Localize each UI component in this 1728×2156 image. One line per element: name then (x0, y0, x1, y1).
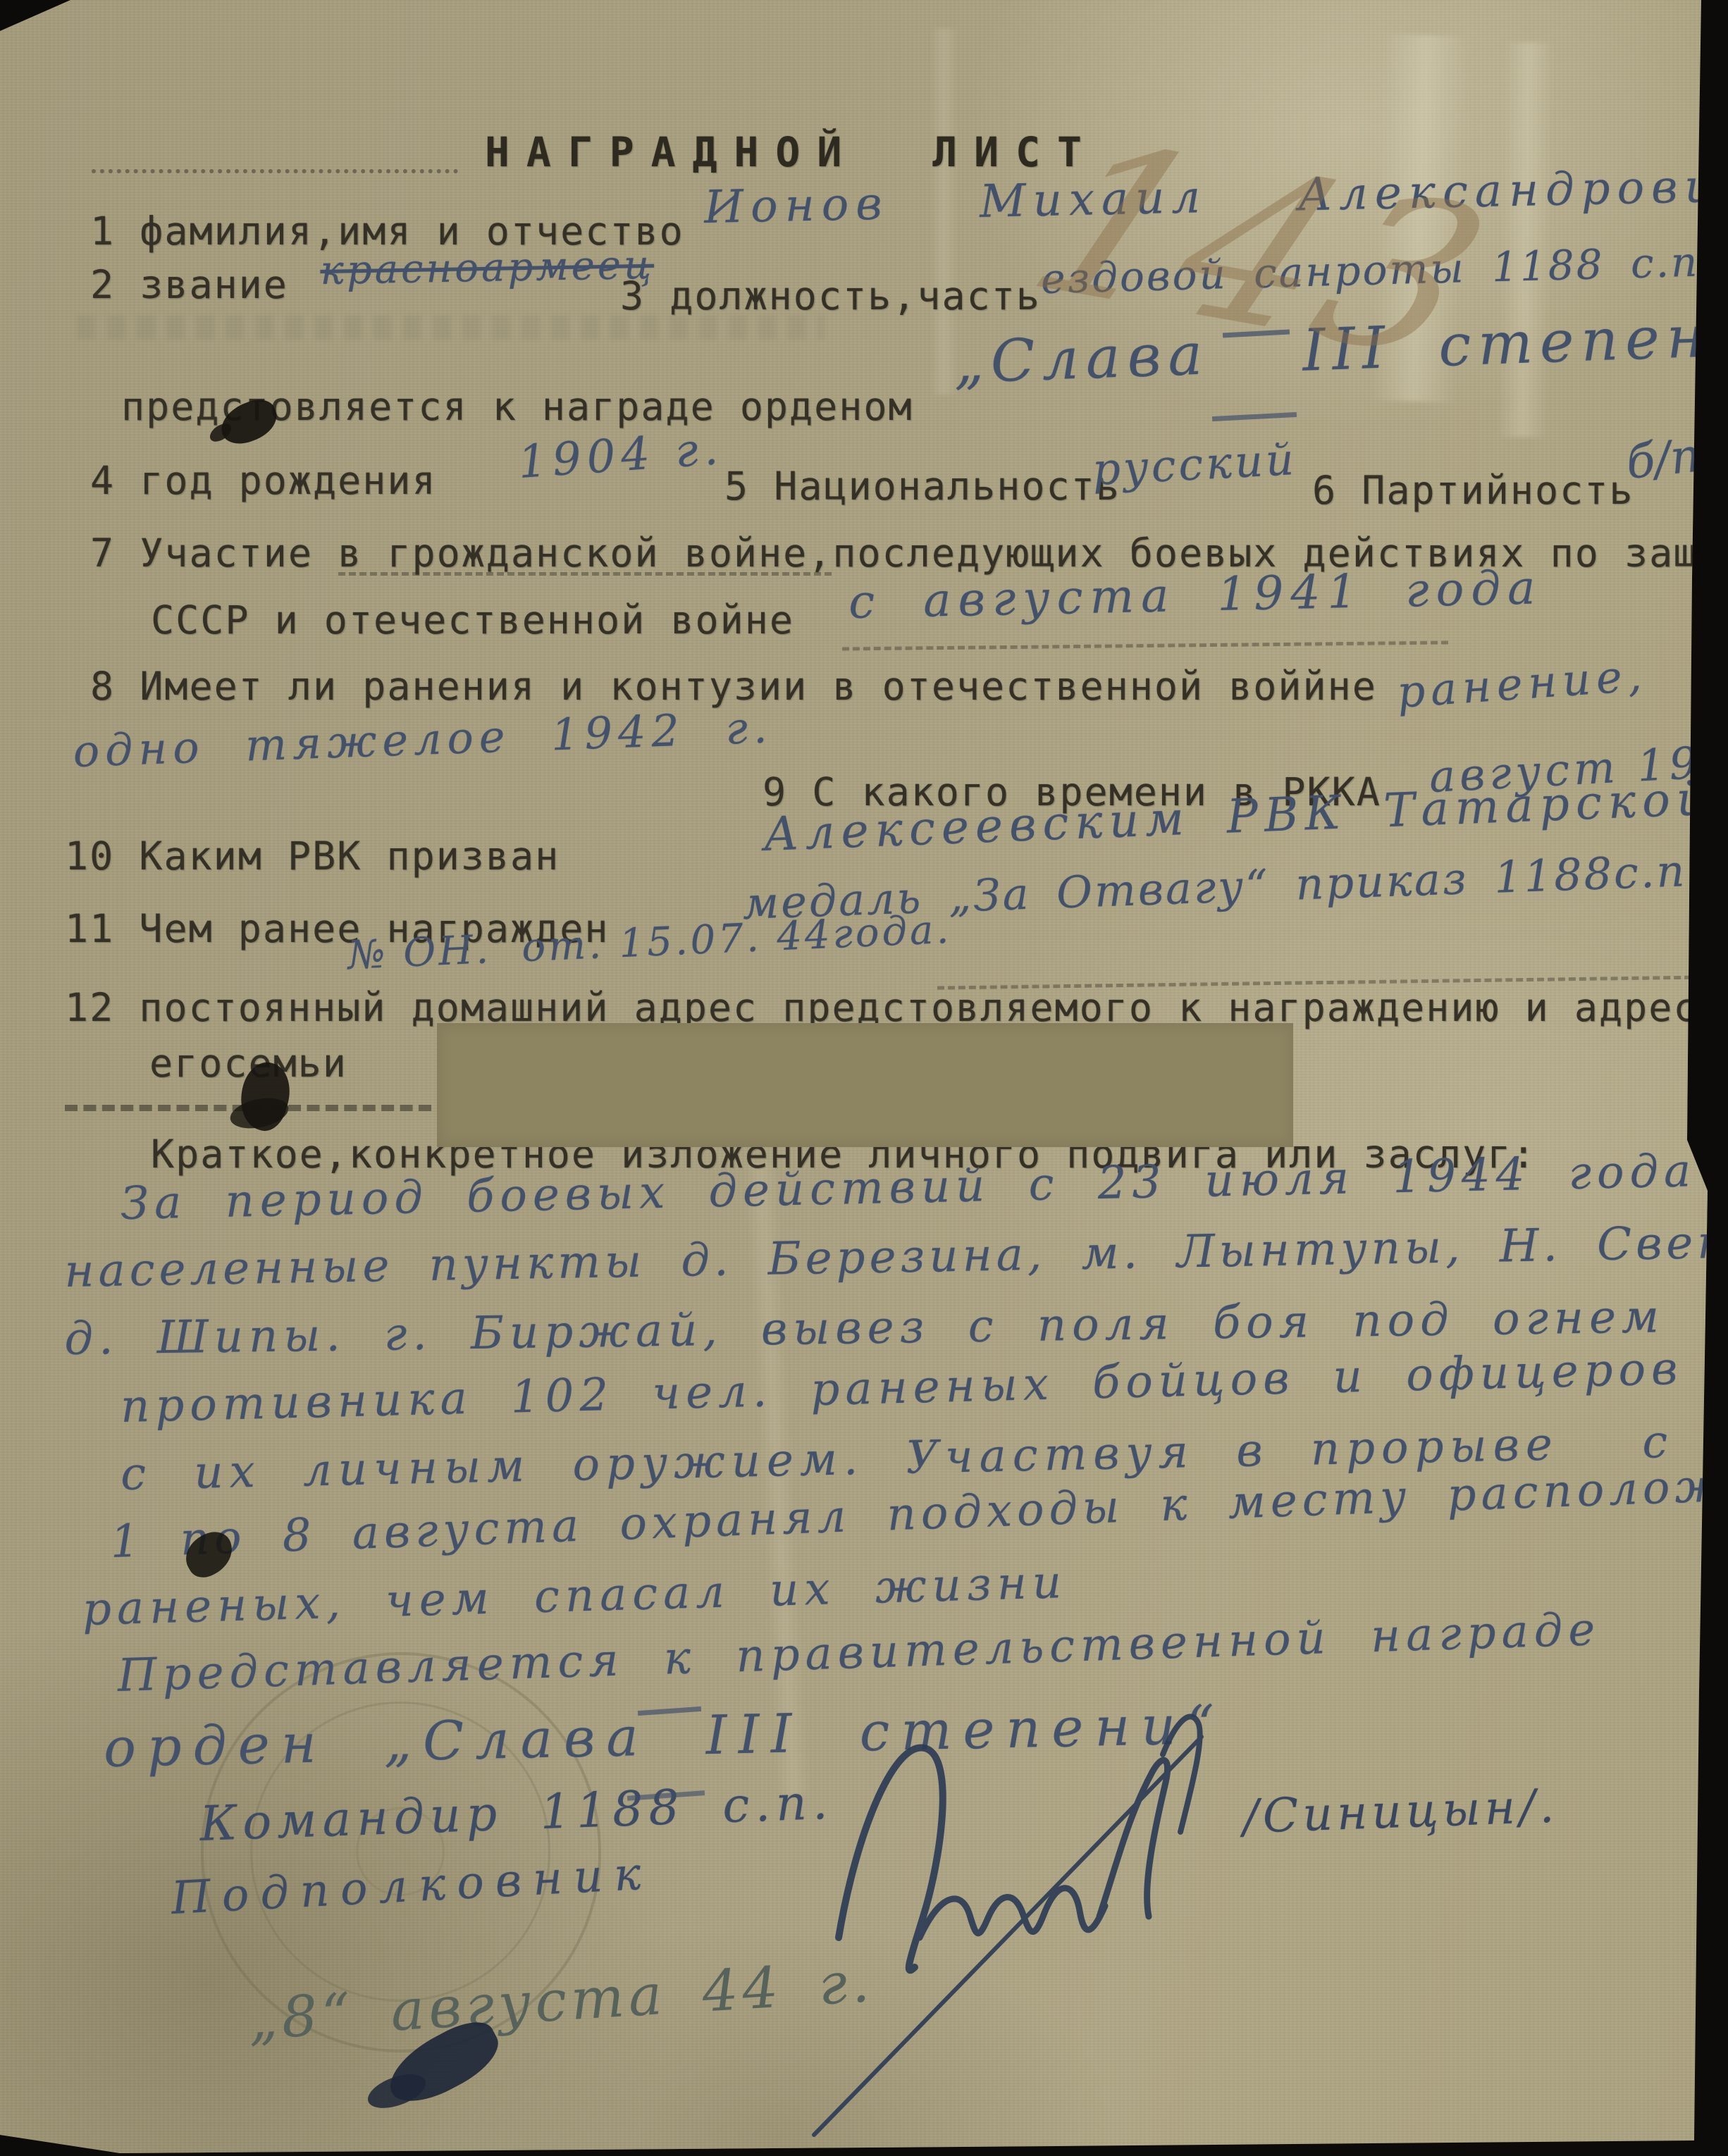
field-4-value: 1904 г. (517, 423, 725, 489)
ink-blot (228, 1094, 291, 1134)
field-8-value-line1: ранение, (1395, 649, 1649, 718)
field-3-label: 3 должность,часть (620, 273, 1041, 318)
field-2-label: 2 звание (90, 262, 288, 307)
field-2-value: красноармеец (320, 242, 655, 294)
field-10-label: 10 Каким РВК призван (65, 834, 560, 879)
field-12-label-line2: егосемьи (149, 1041, 347, 1086)
document-page: НАГРАДНОЙ ЛИСТ 1 фамилия,имя и отчество … (0, 0, 1728, 2156)
paper-crease (1498, 42, 1554, 437)
ink-stroke (1212, 412, 1297, 421)
scanned-award-sheet: НАГРАДНОЙ ЛИСТ 1 фамилия,имя и отчество … (0, 0, 1728, 2156)
field-4-label: 4 год рождения (90, 458, 437, 503)
commander-title-line: Командир 1188 с.п. (199, 1775, 834, 1852)
field-7-label-line2: СССР и отечественной войне (151, 597, 794, 643)
citation-line: населенные пункты д. Березина, м. Лынтуп… (64, 1214, 1728, 1298)
dotted-rule (92, 169, 458, 173)
ink-blot (364, 2067, 430, 2114)
dashed-rule (842, 640, 1448, 650)
date-line: „8“ августа 44 г. (246, 1949, 875, 2052)
citation-line: раненых, чем спасал их жизни (82, 1556, 1068, 1636)
present-order-label: предстовляется к награде орденом (121, 384, 913, 429)
field-6-label: 6 Партийность (1312, 468, 1634, 513)
field-5-value: русский (1091, 433, 1297, 495)
page-title: НАГРАДНОЙ ЛИСТ (485, 128, 1099, 176)
field-6-value: б/п. (1624, 426, 1717, 490)
redaction-patch (437, 1023, 1293, 1147)
field-5-label: 5 Национальность (724, 464, 1121, 509)
commander-rank-line: Подполковник (170, 1847, 653, 1925)
commander-name-line: /Синицын/. (1242, 1778, 1559, 1844)
dashed-rule (65, 1105, 431, 1111)
paper-smudge (78, 316, 825, 340)
commander-signature (796, 1705, 1261, 2142)
field-8-value-line2: одно тяжелое 1942 г. (72, 701, 773, 777)
